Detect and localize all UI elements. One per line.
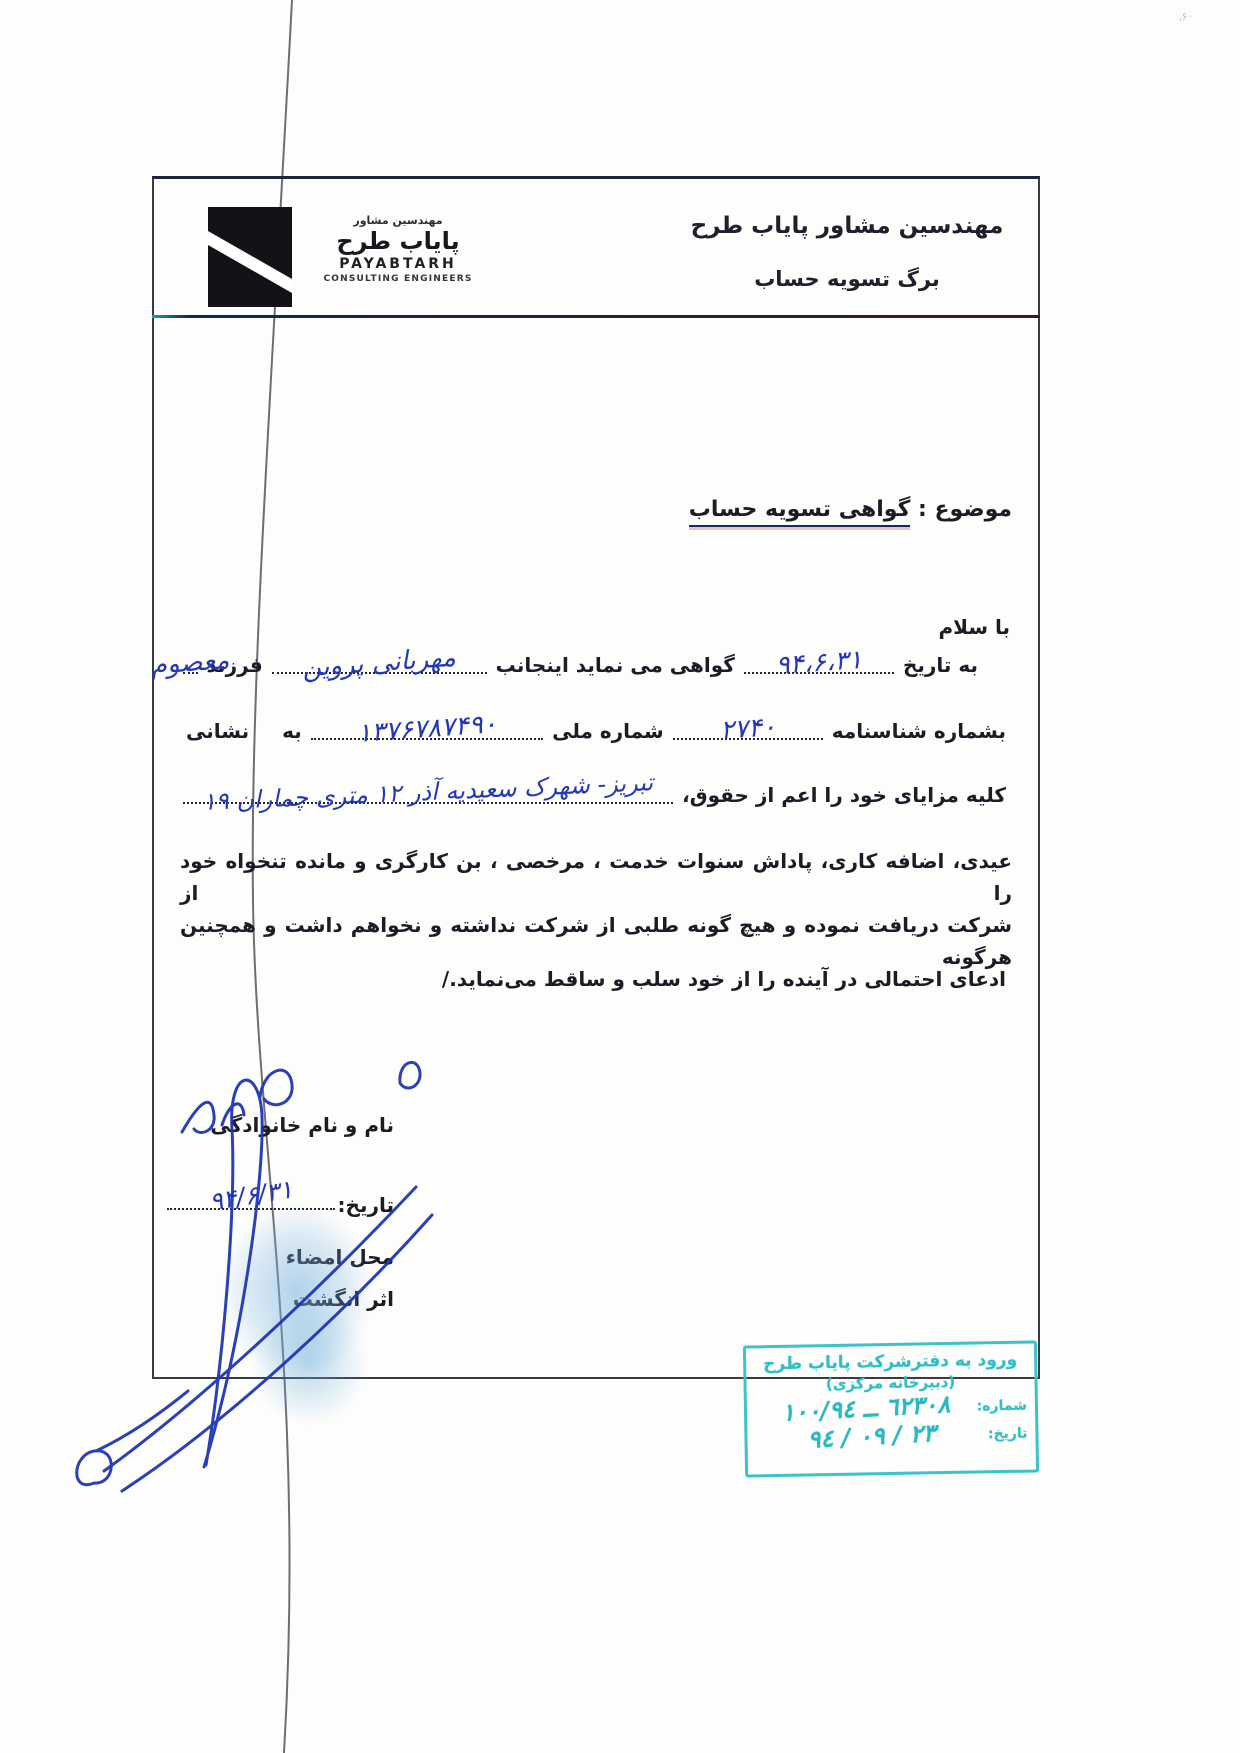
body-line-1: به تاریخ ۹۴،۶،۳۱ گواهی می نماید اینجانب …: [180, 649, 1012, 681]
header-separator: [152, 315, 1040, 318]
national-id-blank: ۱۳۷۶۷۸۷۴۹۰: [311, 715, 543, 740]
stamp-title: ورود به دفترشرکت پایاب طرح: [754, 1350, 1026, 1375]
registry-stamp: ورود به دفترشرکت پایاب طرح (دبیرخانه مرک…: [743, 1340, 1039, 1477]
line2-mid: شماره ملی: [546, 715, 670, 747]
handwritten-national-id: ۱۳۷۶۷۸۷۴۹۰: [356, 711, 497, 747]
line1-mid: گواهی می نماید اینجانب: [490, 649, 741, 681]
corner-scan-mark: ،۶۰: [1177, 9, 1194, 24]
line2-post: به نشانی: [180, 715, 308, 747]
stamp-date-label: تاریخ:: [988, 1426, 1028, 1443]
scanned-settlement-letter: ،۶۰ مهندسین مشاور پایاب طرح PAYABTARH CO…: [0, 0, 1240, 1753]
handwritten-father-name: معصوم: [150, 647, 230, 678]
subject-line: موضوع : گواهی تسویه حساب: [689, 497, 1012, 522]
handwritten-address: تبریز- شهرک سعیدیه آذر ۱۲ متری چماران ۱۹: [202, 770, 653, 814]
logo-en-name: PAYABTARH: [296, 257, 500, 272]
organization-name: مهندسین مشاور پایاب طرح: [682, 213, 1012, 239]
body-line-2: بشماره شناسنامه ۲۷۴۰ شماره ملی ۱۳۷۶۷۸۷۴۹…: [180, 715, 1012, 747]
signature-place-label: محل امضاء: [286, 1245, 394, 1269]
body-line-3: کلیه مزایای خود را اعم از حقوق، تبریز- ش…: [180, 779, 1012, 811]
signature-date-blank: ۹۴/۶/۳۱: [167, 1185, 335, 1210]
form-title: برگ تسویه حساب: [682, 267, 1012, 291]
line3-text: کلیه مزایای خود را اعم از حقوق،: [676, 779, 1012, 811]
handwritten-date: ۹۴،۶،۳۱: [775, 647, 863, 679]
greeting: با سلام: [939, 615, 1011, 639]
payabtarh-logo-icon: [208, 207, 292, 307]
date-blank: ۹۴،۶،۳۱: [744, 649, 894, 674]
handwritten-signature-date: ۹۴/۶/۳۱: [207, 1177, 294, 1215]
line2-pre: بشماره شناسنامه: [826, 715, 1012, 747]
logo-fa-tagline: مهندسین مشاور: [296, 215, 500, 227]
stamp-number-label: شماره:: [976, 1398, 1027, 1415]
line6-text: ادعای احتمالی در آینده را از خود سلب و س…: [436, 963, 1012, 995]
body-line-6: ادعای احتمالی در آینده را از خود سلب و س…: [180, 963, 1012, 995]
signature-date-label: تاریخ:: [338, 1193, 394, 1217]
document-sheet: مهندسین مشاور پایاب طرح PAYABTARH CONSUL…: [152, 176, 1040, 1379]
header-titles: مهندسین مشاور پایاب طرح برگ تسویه حساب: [682, 213, 1012, 291]
logo-fa-name: پایاب طرح: [296, 228, 500, 254]
handwritten-id-number: ۲۷۴۰: [719, 714, 777, 744]
name-blank: مهربانی پروین: [272, 649, 487, 674]
handwritten-name: مهربانی پروین: [302, 645, 457, 682]
signature-name-label: نام و نام خانوادگی: [210, 1113, 394, 1137]
letterhead: مهندسین مشاور پایاب طرح PAYABTARH CONSUL…: [154, 179, 1038, 315]
father-name-blank: معصوم: [183, 649, 198, 674]
subject-label: موضوع :: [918, 497, 1012, 522]
signature-date-row: تاریخ: ۹۴/۶/۳۱: [164, 1185, 394, 1217]
address-blank: تبریز- شهرک سعیدیه آذر ۱۲ متری چماران ۱۹: [183, 779, 673, 804]
logo-text-block: مهندسین مشاور پایاب طرح PAYABTARH CONSUL…: [296, 215, 500, 285]
id-number-blank: ۲۷۴۰: [673, 715, 823, 740]
line1-pre: به تاریخ: [897, 649, 984, 681]
body-line-4: عیدی، اضافه کاری، پاداش سنوات خدمت ، مرخ…: [180, 845, 1012, 909]
fingerprint-label: اثر انگشت: [293, 1287, 394, 1311]
logo-en-tagline: CONSULTING ENGINEERS: [296, 275, 500, 285]
subject-value: گواهی تسویه حساب: [689, 497, 911, 527]
stamp-subtitle: (دبیرخانه مرکزی): [754, 1372, 1026, 1395]
